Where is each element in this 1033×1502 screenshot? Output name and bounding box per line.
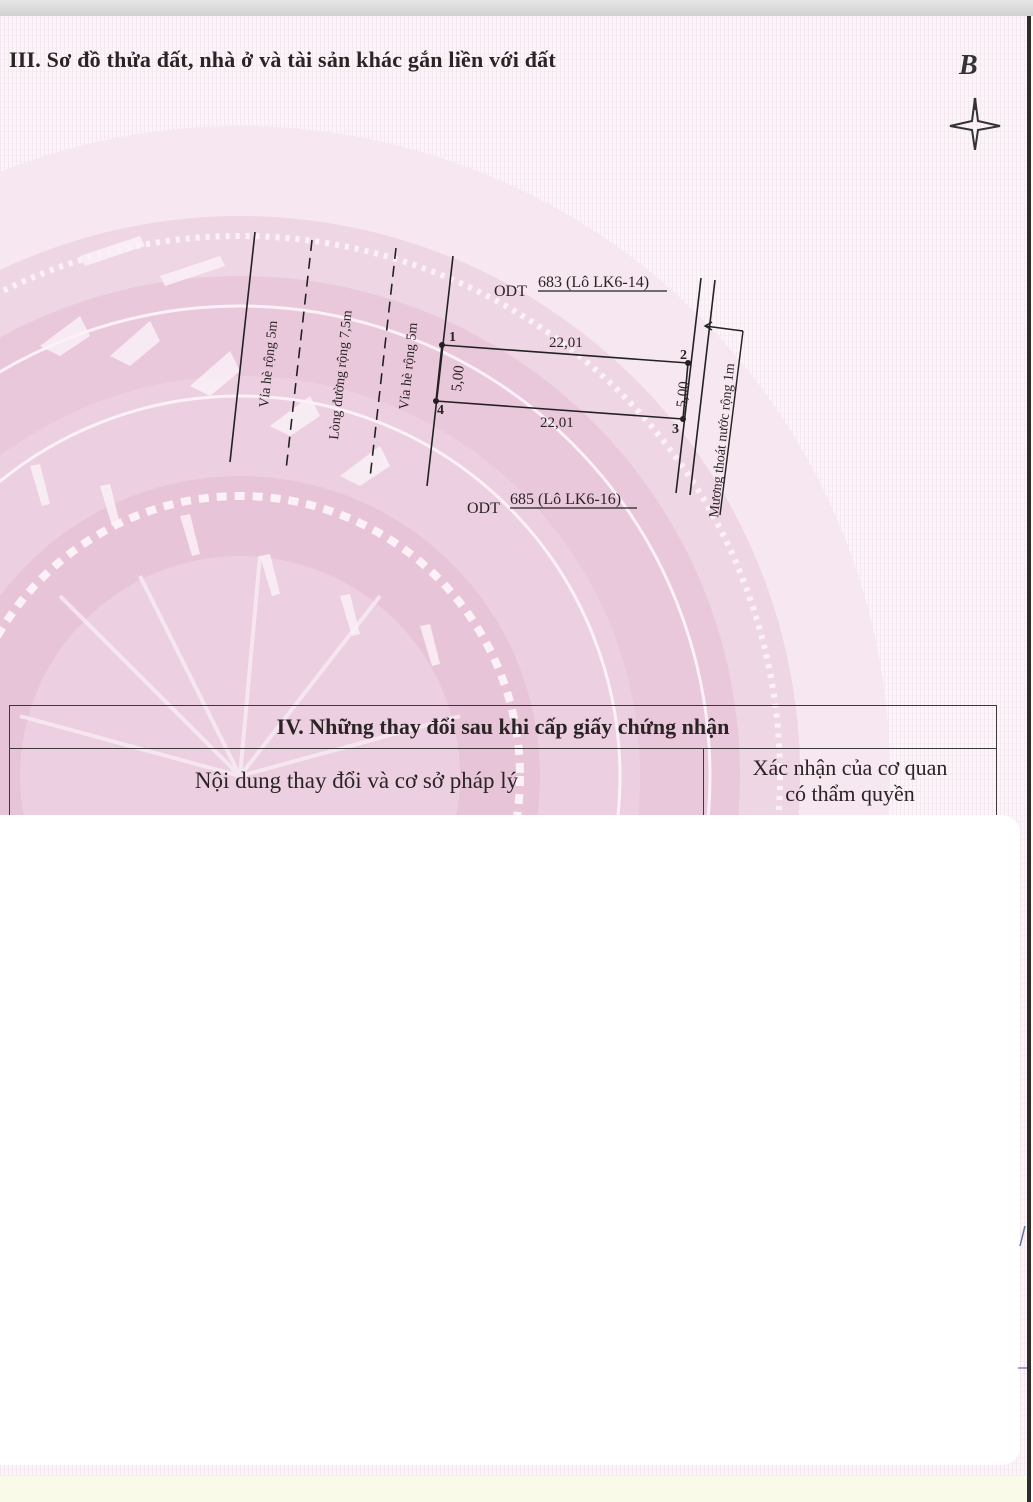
scan-bottom-strip bbox=[0, 1476, 1027, 1502]
svg-text:683 (Lô LK6-14): 683 (Lô LK6-14) bbox=[538, 274, 649, 291]
roadway-edge-right bbox=[370, 248, 396, 478]
svg-text:ODT: ODT bbox=[467, 500, 500, 517]
svg-text:22,01: 22,01 bbox=[540, 415, 574, 431]
certificate-page: III. Sơ đồ thửa đất, nhà ở và tài sản kh… bbox=[0, 16, 1027, 1476]
drainage-edge-right bbox=[690, 280, 715, 495]
roadway-edge-left bbox=[286, 240, 312, 470]
svg-text:Vỉa hè rộng 5m: Vỉa hè rộng 5m bbox=[257, 320, 281, 409]
scan-right-edge bbox=[1027, 16, 1031, 1502]
pen-stroke-mark bbox=[1008, 1226, 1027, 1376]
svg-text:4: 4 bbox=[437, 403, 444, 418]
svg-text:Vỉa hè rộng 5m: Vỉa hè rộng 5m bbox=[397, 322, 421, 411]
confirm-line-1: Xác nhận của cơ quan bbox=[704, 755, 996, 781]
section-4-title: IV. Những thay đổi sau khi cấp giấy chứn… bbox=[10, 706, 996, 749]
scan-top-shadow bbox=[0, 0, 1033, 16]
svg-text:5,00: 5,00 bbox=[449, 365, 468, 393]
svg-text:5,00: 5,00 bbox=[674, 381, 693, 409]
svg-text:22,01: 22,01 bbox=[549, 335, 583, 351]
confirm-line-2: có thẩm quyền bbox=[704, 781, 996, 807]
svg-text:Lòng đường rộng 7,5m: Lòng đường rộng 7,5m bbox=[327, 309, 356, 440]
svg-text:2: 2 bbox=[680, 348, 687, 363]
svg-text:Mương thoát nước rộng 1m: Mương thoát nước rộng 1m bbox=[707, 362, 738, 518]
svg-text:685 (Lô LK6-16): 685 (Lô LK6-16) bbox=[510, 491, 621, 508]
svg-text:3: 3 bbox=[672, 422, 679, 437]
svg-text:ODT: ODT bbox=[494, 283, 527, 300]
changes-table: IV. Những thay đổi sau khi cấp giấy chứn… bbox=[9, 705, 997, 825]
sidewalk-outer-edge bbox=[230, 232, 255, 462]
land-plot-diagram: 1 2 3 4 22,01 22,01 5,00 5,00 Vỉa hè rộn… bbox=[0, 16, 1027, 716]
redacted-white-area bbox=[0, 815, 1020, 1465]
svg-text:1: 1 bbox=[449, 330, 456, 345]
